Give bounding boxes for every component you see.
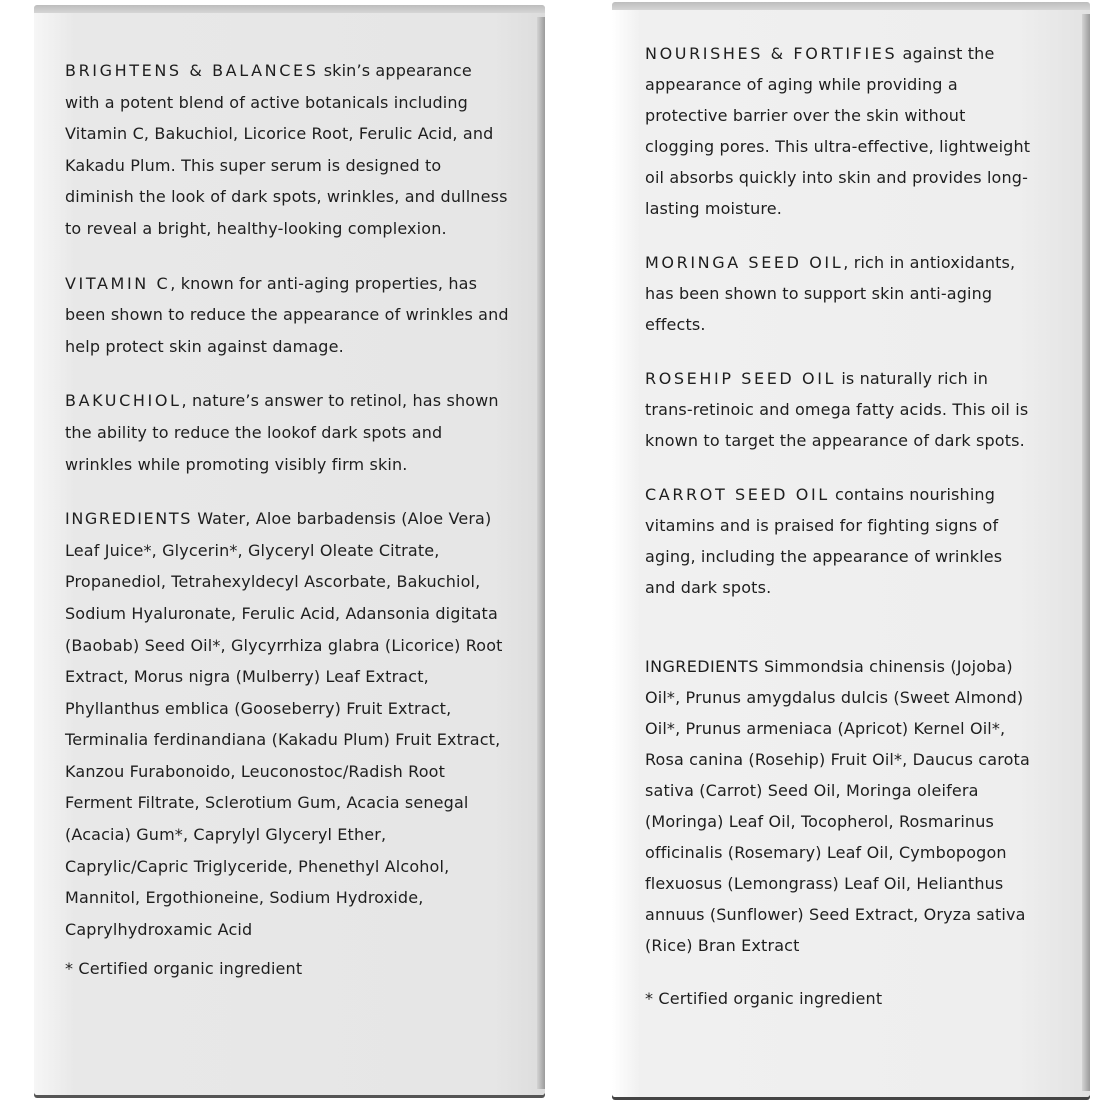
oil-panel-text: NOURISHES & FORTIFIES against the appear…: [645, 38, 1035, 1014]
paragraph-body: against the appearance of aging while pr…: [645, 44, 1030, 218]
brightens-balances-paragraph: BRIGHTENS & BALANCES skin’s appearance w…: [65, 55, 510, 245]
ingredients-heading: INGREDIENTS: [645, 657, 759, 676]
paragraph-heading: CARROT SEED OIL: [645, 485, 830, 504]
paragraph-heading: MORINGA SEED OIL: [645, 253, 843, 272]
paragraph-heading: BAKUCHIOL: [65, 391, 182, 410]
oil-box-side-panel: NOURISHES & FORTIFIES against the appear…: [612, 2, 1090, 1097]
nourishes-fortifies-paragraph: NOURISHES & FORTIFIES against the appear…: [645, 38, 1035, 224]
organic-footnote: * Certified organic ingredient: [645, 983, 1035, 1014]
paragraph-heading: ROSEHIP SEED OIL: [645, 369, 836, 388]
ingredients-body: Water, Aloe barbadensis (Aloe Vera) Leaf…: [65, 509, 503, 939]
organic-footnote: * Certified organic ingredient: [65, 953, 510, 985]
moringa-paragraph: MORINGA SEED OIL, rich in antioxidants, …: [645, 247, 1035, 340]
serum-panel-text: BRIGHTENS & BALANCES skin’s appearance w…: [65, 55, 510, 985]
ingredients-body: Simmondsia chinensis (Jojoba) Oil*, Prun…: [645, 657, 1030, 955]
paragraph-heading: BRIGHTENS & BALANCES: [65, 61, 318, 80]
rosehip-paragraph: ROSEHIP SEED OIL is naturally rich in tr…: [645, 363, 1035, 456]
serum-box-side-panel: BRIGHTENS & BALANCES skin’s appearance w…: [34, 5, 545, 1095]
ingredients-list: INGREDIENTS Simmondsia chinensis (Jojoba…: [645, 651, 1035, 961]
ingredients-list: INGREDIENTS Water, Aloe barbadensis (Alo…: [65, 503, 510, 945]
paragraph-heading: NOURISHES & FORTIFIES: [645, 44, 897, 63]
paragraph-body: skin’s appearance with a potent blend of…: [65, 61, 508, 238]
bakuchiol-paragraph: BAKUCHIOL, nature’s answer to retinol, h…: [65, 385, 510, 480]
vitamin-c-paragraph: VITAMIN C, known for anti-aging properti…: [65, 268, 510, 363]
ingredients-heading: INGREDIENTS: [65, 509, 192, 528]
carrot-paragraph: CARROT SEED OIL contains nourishing vita…: [645, 479, 1035, 603]
paragraph-heading: VITAMIN C: [65, 274, 170, 293]
